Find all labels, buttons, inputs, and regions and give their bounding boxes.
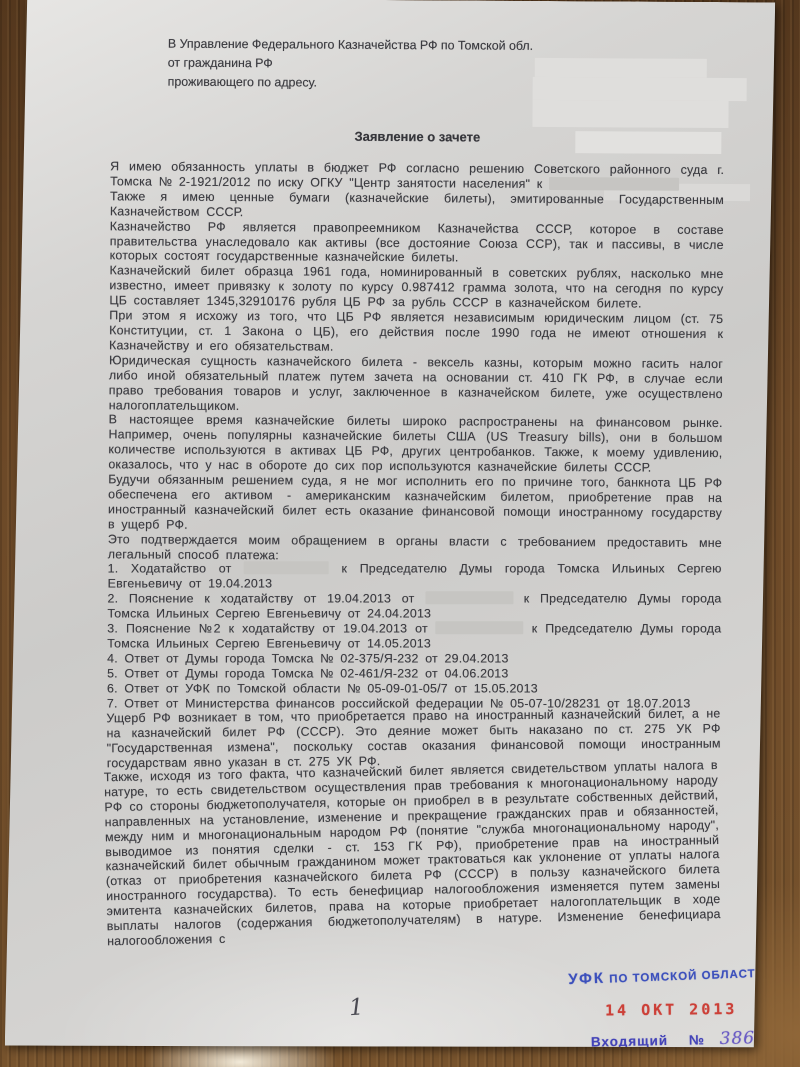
redaction-block — [436, 621, 524, 634]
paragraph: 6. Ответ от УФК по Томской области № 05-… — [107, 681, 721, 696]
paragraph: Также я имею ценные бумаги (казначейские… — [110, 189, 724, 223]
document-title: Заявление о зачете — [110, 127, 724, 146]
paragraph: Я имею обязанность уплаты в бюджет РФ со… — [110, 159, 724, 193]
paragraph: 5. Ответ от Думы города Томска № 02-461/… — [107, 666, 721, 681]
number-sign: № — [689, 1032, 705, 1047]
recipient-line-3: проживающего по адресу. — [168, 73, 533, 94]
recipient-line-1: В Управление Федерального Казначейства Р… — [168, 35, 533, 56]
document-page: В Управление Федерального Казначейства Р… — [5, 0, 777, 1050]
paper-shadow-wrap: В Управление Федерального Казначейства Р… — [0, 0, 800, 1067]
recipient-line-2: от гражданина РФ — [168, 54, 533, 75]
paragraph: 1. Ходатайство от к Председателю Думы го… — [108, 562, 722, 592]
paragraph: Юридическая сущность казначейского билет… — [109, 353, 723, 416]
paragraph: 4. Ответ от Думы города Томска № 02-375/… — [107, 651, 721, 666]
paragraph: Казначейство РФ является правопреемником… — [110, 219, 724, 267]
redaction-block — [533, 77, 747, 101]
redaction-block — [425, 592, 513, 605]
ufk-stamp-region: ПО ТОМСКОЙ ОБЛАСТИ — [609, 968, 765, 986]
paragraph: При этом я исхожу из того, что ЦБ РФ явл… — [109, 308, 723, 356]
paragraph: 2. Пояснение к ходатайству от 19.04.2013… — [107, 592, 721, 622]
body-paragraphs: Я имею обязанность уплаты в бюджет РФ со… — [105, 159, 724, 953]
document-photo: В Управление Федерального Казначейства Р… — [0, 0, 800, 1067]
paragraph: В настоящее время казначейские билеты ши… — [108, 413, 722, 476]
page-number-handwritten: 1 — [348, 994, 364, 1021]
ufk-stamp-abbr: УФК — [568, 970, 605, 988]
ufk-treasury-stamp: УФК ПО ТОМСКОЙ ОБЛАСТИ — [568, 964, 754, 988]
paragraph: 3. Пояснение №2 к ходатайству от 19.04.2… — [107, 621, 721, 651]
recipient-block: В Управление Федерального Казначейства Р… — [168, 35, 533, 94]
paragraph: Будучи обязанным решением суда, я не мог… — [108, 472, 722, 535]
incoming-stamp: Входящий № 3863 — [591, 1028, 767, 1052]
redaction-block — [532, 100, 728, 128]
incoming-number-handwritten: 3863 — [719, 1028, 767, 1049]
paragraph: Также, исходя из того факта, что казначе… — [104, 758, 721, 949]
redaction-block — [535, 58, 707, 78]
paragraph: Казначейский билет образца 1961 года, но… — [109, 264, 723, 312]
date-stamp: 14 ОКТ 2013 — [605, 1000, 738, 1020]
redaction-block — [549, 177, 679, 191]
incoming-stamp-label: Входящий — [591, 1033, 669, 1050]
redaction-block — [244, 562, 329, 575]
